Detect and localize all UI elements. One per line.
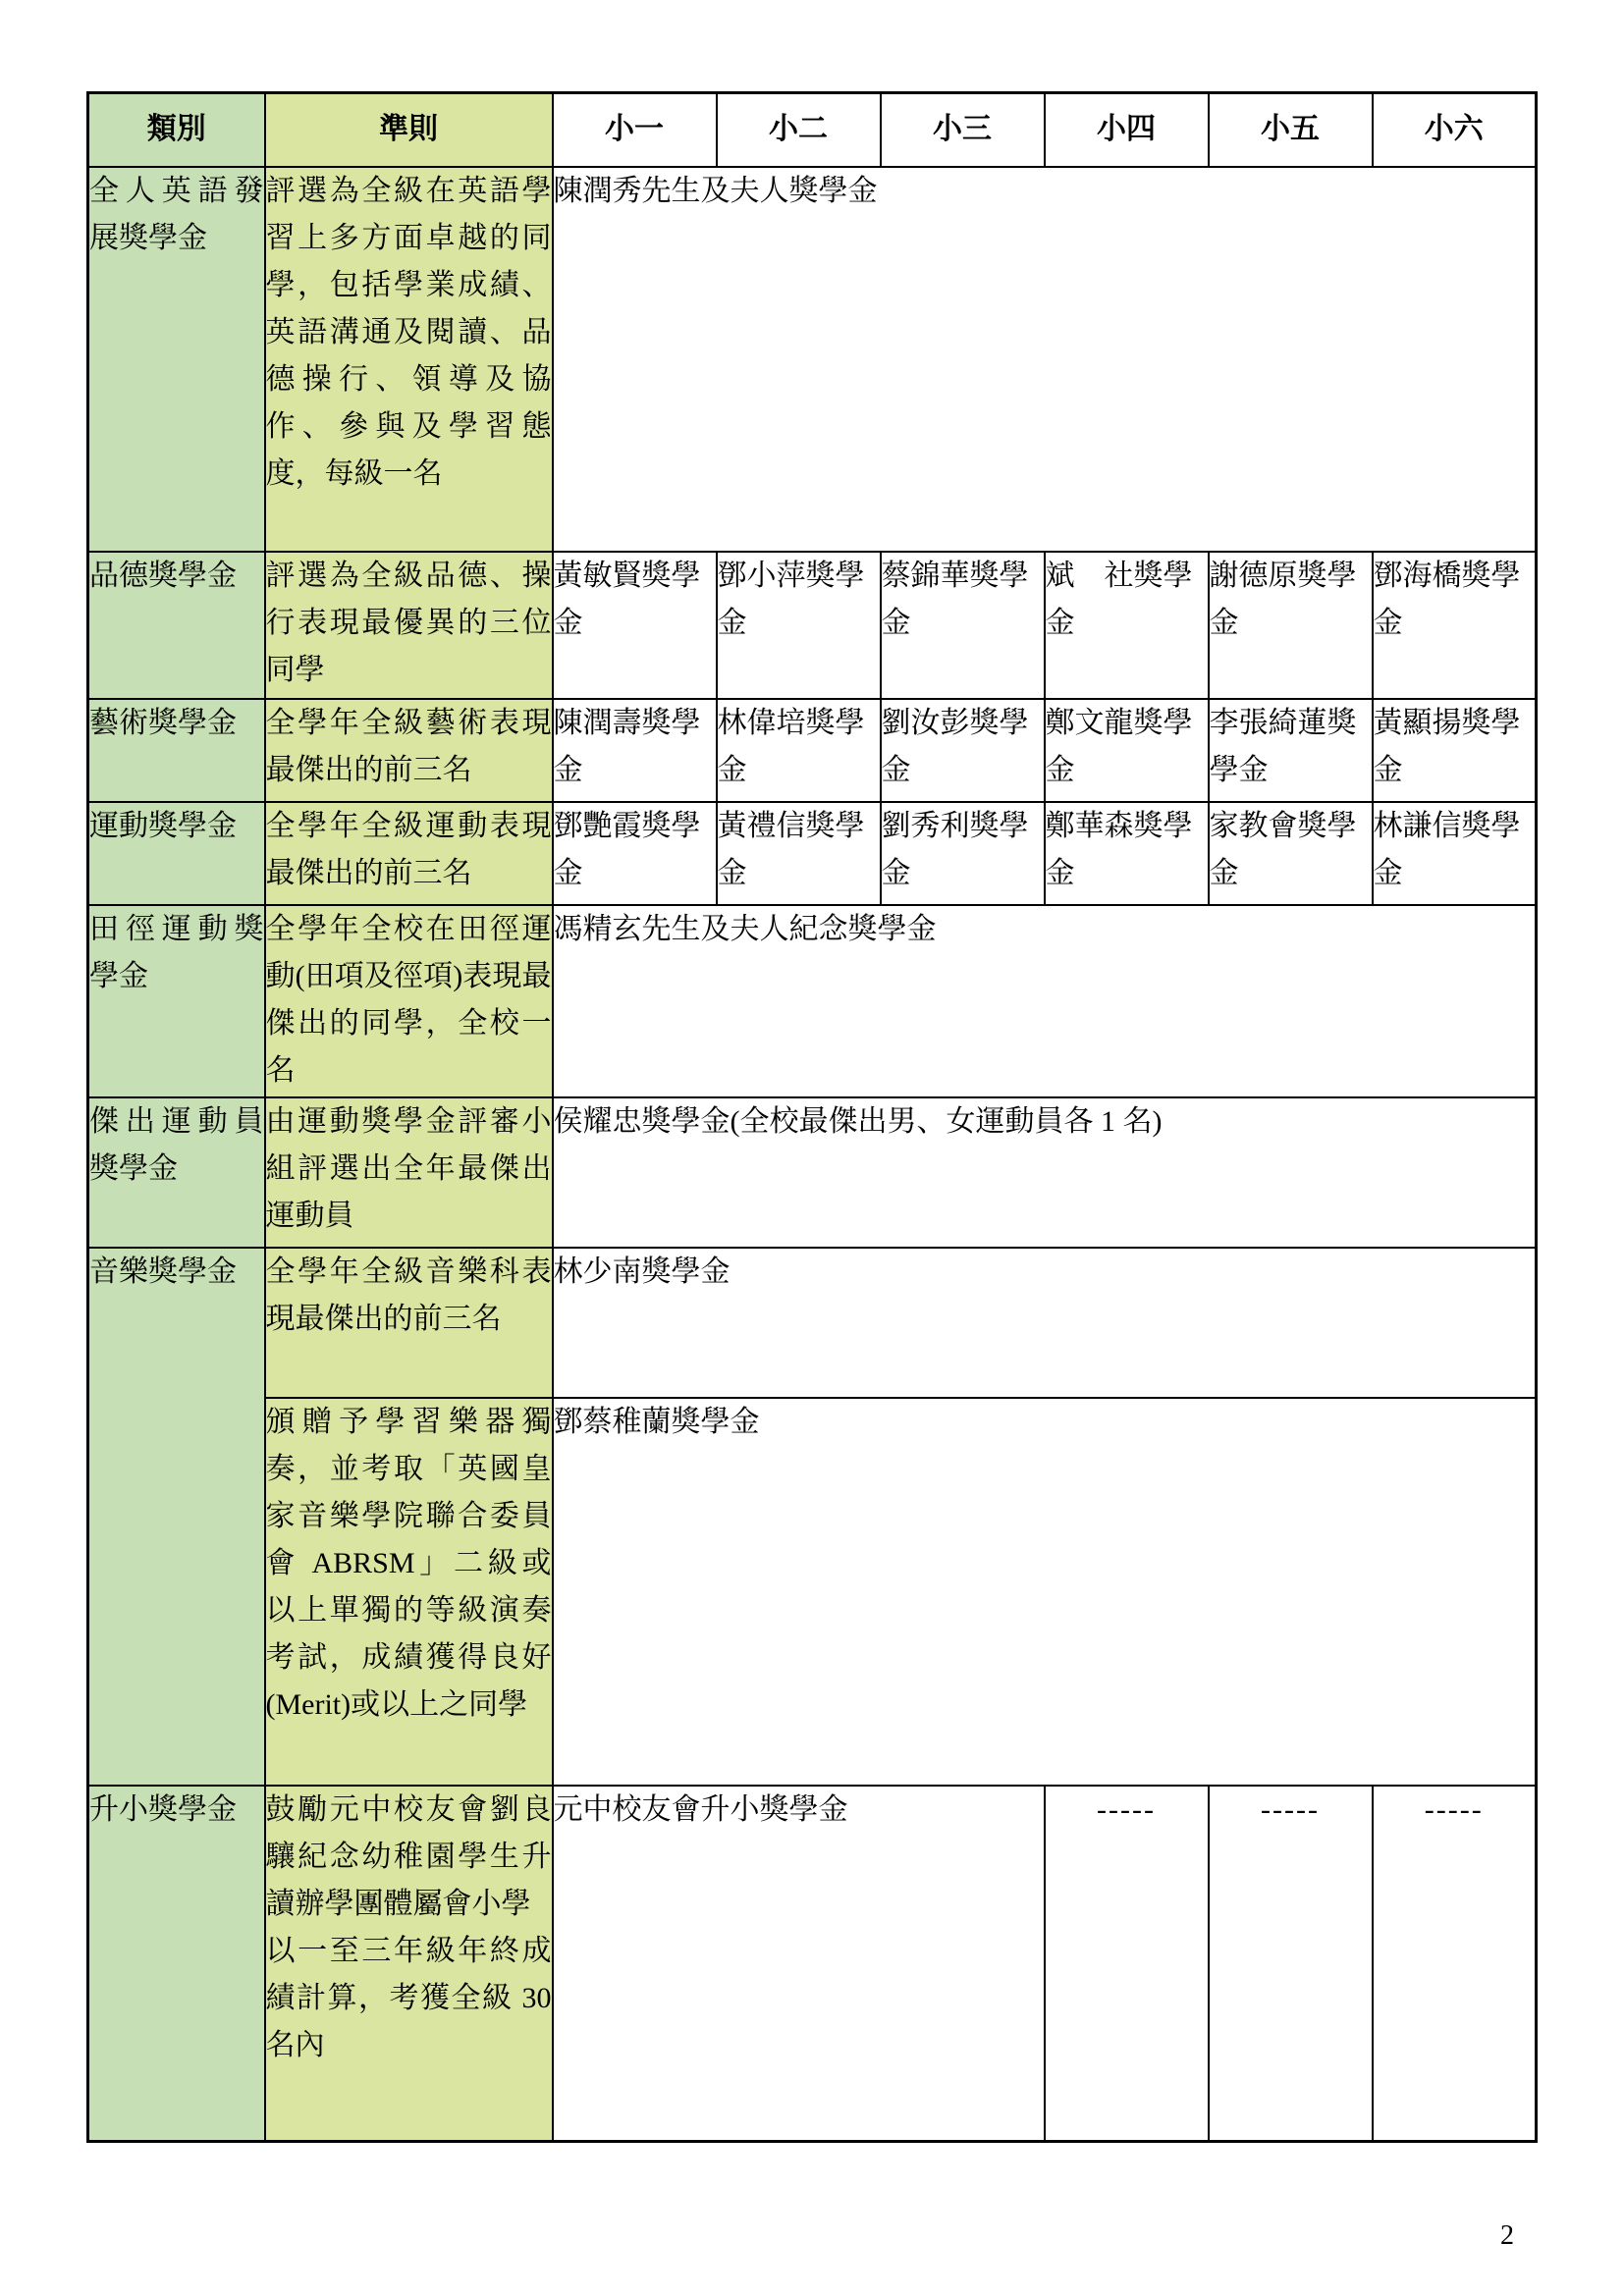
criteria-cell: 頒贈予學習樂器獨奏，並考取「英國皇家音樂學院聯合委員會 ABRSM」二級或以上單…: [265, 1398, 553, 1786]
grade-prize-cell: 家教會獎學金: [1209, 802, 1373, 905]
prize-cell: 鄧蔡稚蘭獎學金: [553, 1398, 1537, 1786]
header-row: 類別 準則 小一 小二 小三 小四 小五 小六: [88, 93, 1537, 167]
empty-cell: -----: [1045, 1786, 1209, 2142]
criteria-cell: 評選為全級在英語學習上多方面卓越的同學，包括學業成績、英語溝通及閱讀、品德操行、…: [265, 167, 553, 552]
table-row: 藝術獎學金 全學年全級藝術表現最傑出的前三名 陳潤壽獎學金 林偉培獎學金 劉汝彭…: [88, 699, 1537, 802]
criteria-cell: 由運動獎學金評審小組評選出全年最傑出運動員: [265, 1097, 553, 1248]
page-number: 2: [1500, 2220, 1514, 2252]
prize-cell: 陳潤秀先生及夫人獎學金: [553, 167, 1537, 552]
grade-prize-cell: 鄧艷霞獎學金: [553, 802, 717, 905]
header-criteria: 準則: [265, 93, 553, 167]
criteria-cell: 全學年全級音樂科表現最傑出的前三名: [265, 1248, 553, 1398]
table-row: 品德獎學金 評選為全級品德、操行表現最優異的三位同學 黃敏賢獎學金 鄧小萍獎學金…: [88, 552, 1537, 699]
header-p5: 小五: [1209, 93, 1373, 167]
grade-prize-cell: 鄧海橋獎學金: [1373, 552, 1537, 699]
table-row: 全人英語發展獎學金 評選為全級在英語學習上多方面卓越的同學，包括學業成績、英語溝…: [88, 167, 1537, 552]
grade-prize-cell: 鄧小萍獎學金: [717, 552, 881, 699]
grade-prize-cell: 鄭文龍獎學金: [1045, 699, 1209, 802]
category-cell: 運動獎學金: [88, 802, 265, 905]
header-p2: 小二: [717, 93, 881, 167]
grade-prize-cell: 黃敏賢獎學金: [553, 552, 717, 699]
grade-prize-cell: 黃禮信獎學金: [717, 802, 881, 905]
category-cell: 升小獎學金: [88, 1786, 265, 2142]
scholarship-table: 類別 準則 小一 小二 小三 小四 小五 小六 全人英語發展獎學金 評選為全級在…: [86, 91, 1538, 2143]
header-category: 類別: [88, 93, 265, 167]
category-cell: 音樂獎學金: [88, 1248, 265, 1786]
prize-cell: 馮精玄先生及夫人紀念獎學金: [553, 905, 1537, 1097]
grade-prize-cell: 陳潤壽獎學金: [553, 699, 717, 802]
table-row: 傑出運動員獎學金 由運動獎學金評審小組評選出全年最傑出運動員 侯耀忠獎學金(全校…: [88, 1097, 1537, 1248]
criteria-cell: 全學年全級運動表現最傑出的前三名: [265, 802, 553, 905]
grade-prize-cell: 斌 社獎學金: [1045, 552, 1209, 699]
table-row: 頒贈予學習樂器獨奏，並考取「英國皇家音樂學院聯合委員會 ABRSM」二級或以上單…: [88, 1398, 1537, 1786]
grade-prize-cell: 劉秀利獎學金: [881, 802, 1045, 905]
category-cell: 藝術獎學金: [88, 699, 265, 802]
header-p1: 小一: [553, 93, 717, 167]
prize-cell: 侯耀忠獎學金(全校最傑出男、女運動員各 1 名): [553, 1097, 1537, 1248]
empty-cell: -----: [1373, 1786, 1537, 2142]
criteria-cell: 評選為全級品德、操行表現最優異的三位同學: [265, 552, 553, 699]
table-row: 音樂獎學金 全學年全級音樂科表現最傑出的前三名 林少南獎學金: [88, 1248, 1537, 1398]
grade-prize-cell: 林偉培獎學金: [717, 699, 881, 802]
category-cell: 田徑運動獎學金: [88, 905, 265, 1097]
header-p4: 小四: [1045, 93, 1209, 167]
grade-prize-cell: 劉汝彭獎學金: [881, 699, 1045, 802]
empty-cell: -----: [1209, 1786, 1373, 2142]
prize-cell: 林少南獎學金: [553, 1248, 1537, 1398]
category-cell: 傑出運動員獎學金: [88, 1097, 265, 1248]
table-row: 升小獎學金 鼓勵元中校友會劉良驤紀念幼稚園學生升讀辦學團體屬會小學 以一至三年級…: [88, 1786, 1537, 2142]
grade-prize-cell: 蔡錦華獎學金: [881, 552, 1045, 699]
criteria-cell: 鼓勵元中校友會劉良驤紀念幼稚園學生升讀辦學團體屬會小學 以一至三年級年終成績計算…: [265, 1786, 553, 2142]
category-cell: 品德獎學金: [88, 552, 265, 699]
criteria-cell: 全學年全級藝術表現最傑出的前三名: [265, 699, 553, 802]
header-p3: 小三: [881, 93, 1045, 167]
category-cell: 全人英語發展獎學金: [88, 167, 265, 552]
grade-prize-cell: 鄭華森獎學金: [1045, 802, 1209, 905]
table-row: 田徑運動獎學金 全學年全校在田徑運動(田項及徑項)表現最傑出的同學，全校一名 馮…: [88, 905, 1537, 1097]
grade-prize-cell: 謝德原獎學金: [1209, 552, 1373, 699]
grade-prize-cell: 林謙信獎學金: [1373, 802, 1537, 905]
grade-prize-cell: 李張綺蓮獎學金: [1209, 699, 1373, 802]
header-p6: 小六: [1373, 93, 1537, 167]
prize-cell: 元中校友會升小獎學金: [553, 1786, 1045, 2142]
table-row: 運動獎學金 全學年全級運動表現最傑出的前三名 鄧艷霞獎學金 黃禮信獎學金 劉秀利…: [88, 802, 1537, 905]
grade-prize-cell: 黃顯揚獎學金: [1373, 699, 1537, 802]
criteria-cell: 全學年全校在田徑運動(田項及徑項)表現最傑出的同學，全校一名: [265, 905, 553, 1097]
